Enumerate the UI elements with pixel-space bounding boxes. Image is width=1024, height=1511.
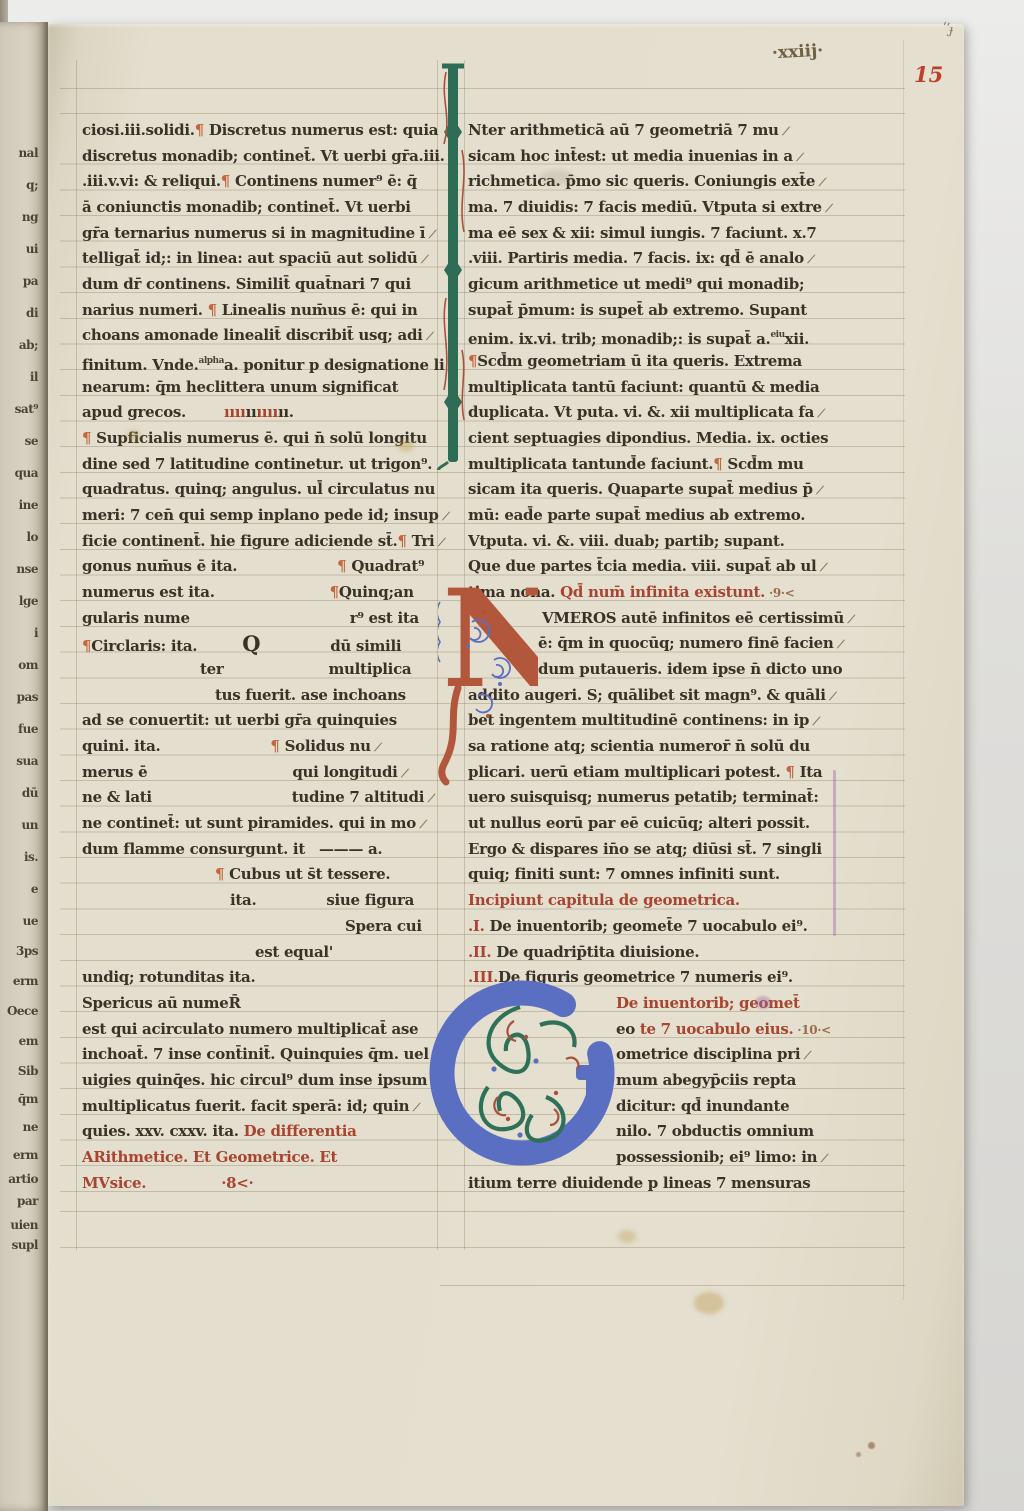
body-text: multiplicata tantū faciunt: quantū & med… <box>468 378 819 396</box>
body-text: ⟋ <box>815 176 826 189</box>
body-text: ⟋ <box>800 1049 811 1062</box>
body-text: ā coniunctis monadib; continet̄. Vt uerb… <box>82 198 411 216</box>
illuminated-initial-I <box>436 58 470 470</box>
facing-page-fragment: Oece <box>7 1004 38 1018</box>
stain <box>856 1452 861 1457</box>
text-line: finitum. Vnde.alphaa. ponitur p designat… <box>82 349 462 375</box>
text-line: ciosi.iii.solidi.¶ Discretus numerus est… <box>82 118 462 144</box>
body-text: Cubus ut s̄t tessere. <box>224 865 390 883</box>
facing-page-fragment: sua <box>16 754 38 768</box>
body-text: De quadrip̄tita diuisione. <box>491 943 699 961</box>
paragraph-mark: ¶ <box>397 532 406 550</box>
body-text: Quinq;an <box>339 583 414 601</box>
facing-page-fragment: ue <box>23 914 38 928</box>
text-line: ficie continent̄. hie figure adiciende s… <box>82 529 462 555</box>
body-text: nilo. 7 obductis omnium <box>616 1122 814 1140</box>
ruling-line <box>60 1247 905 1248</box>
body-text: discretus monadib; continet̄. Vt uerbi g… <box>82 147 445 165</box>
rubric-text: De inuentorib; geomet̄ <box>616 994 800 1012</box>
body-text: ē: q̄m in quocūq; numero finē facien <box>538 634 834 652</box>
body-text: enim. ix.vi. trib; monadib;: is supat̄ a… <box>468 330 770 348</box>
body-text: ⟋ <box>424 792 435 805</box>
body-text: duplicata. Vt puta. vi. &. xii multiplic… <box>468 403 814 421</box>
body-text: ⟋ <box>817 1152 828 1165</box>
facing-page-fragment: is. <box>24 850 38 864</box>
ruling-line <box>60 1211 905 1212</box>
text-line: merus ēqui longitudi ⟋ <box>82 760 462 786</box>
body-text: uigies quinq̄es. hic circul⁹ dum inse ip… <box>82 1071 427 1089</box>
body-text: meri: 7 cen̄ qui semp inplano pede id; i… <box>82 506 439 524</box>
body-text: Continens numer⁹ ē: q̄ <box>230 172 417 190</box>
body-text: apud grecos. <box>82 403 186 421</box>
text-line: Spera cui <box>82 914 462 940</box>
facing-page-edge: nalq;nguipadiab;ilsat⁹sequainelonselgeio… <box>0 22 48 1511</box>
body-text: nearum: q̄m heclittera unum significat <box>82 378 398 396</box>
text-line: dum flamme consurgunt. it——— a. <box>82 837 462 863</box>
body-text: Tri <box>407 532 435 550</box>
text-line: .iii.v.vi: & reliqui.¶ Continens numer⁹ … <box>82 169 462 195</box>
body-text: quiq; finiti sunt: 7 omnes infiniti sunt… <box>468 865 780 883</box>
text-line: ad se conuertit: ut uerbi gr̄a quinquies <box>82 708 462 734</box>
text-line: ita.siue figura <box>82 888 462 914</box>
facing-page-fragment: erm <box>13 974 38 988</box>
rubric-text: ıııı <box>256 403 278 421</box>
text-line: gr̄a ternarius numerus si in magnitudine… <box>82 221 462 247</box>
body-text: Que due partes t̄cia media. viii. supat̄… <box>468 557 816 575</box>
body-text: ⟋ <box>425 228 436 241</box>
stain <box>398 440 414 452</box>
body-text: ⟋ <box>409 1101 420 1114</box>
body-text: quies. xxv. cxxv. ita. <box>82 1122 244 1140</box>
paragraph-mark: ¶ <box>270 737 279 755</box>
body-text: Circlaris: ita. <box>91 637 197 655</box>
body-text: telligat̄ id;: in linea: aut spaciū aut … <box>82 249 417 267</box>
body-text: ita. <box>230 891 256 909</box>
text-line: narius numeri. ¶ Linealis num̄us ē: qui … <box>82 298 462 324</box>
body-text: Solidus nu <box>280 737 371 755</box>
body-text: ⟋ <box>416 818 427 831</box>
body-text: mū: ead̄e parte supat̄ medius ab extremo… <box>468 506 805 524</box>
text-line: numerus est ita.¶Quinq;an <box>82 580 462 606</box>
text-line: duplicata. Vt puta. vi. &. xii multiplic… <box>468 400 848 426</box>
stain <box>540 170 574 185</box>
body-text: sicam ita queris. Quaparte supat̄ medius… <box>468 480 813 498</box>
facing-page-fragment: se <box>25 434 38 448</box>
paragraph-mark: ¶ <box>215 865 224 883</box>
facing-page-fragment: di <box>26 306 38 320</box>
body-text: choans amonade linealit̄ discribit̄ usq;… <box>82 326 423 344</box>
body-text: Spera cui <box>345 917 422 935</box>
ruling-line <box>60 113 905 114</box>
stain <box>618 1230 636 1243</box>
plummet-mark <box>833 770 836 936</box>
text-line: sicam hoc int̄est: ut media inuenias in … <box>468 144 848 170</box>
body-text: possessionib; ei⁹ limo: in <box>616 1148 817 1166</box>
ruling-line-vertical <box>76 60 77 1250</box>
body-text: ma. 7 diuidis: 7 facis mediū. Vtputa si … <box>468 198 822 216</box>
text-column-left: ciosi.iii.solidi.¶ Discretus numerus est… <box>82 118 462 1196</box>
body-text: gr̄a ternarius numerus si in magnitudine… <box>82 224 425 242</box>
facing-page-fragment: il <box>30 370 38 384</box>
body-text: ⟋ <box>398 767 409 780</box>
facing-page-fragment: pas <box>17 690 38 704</box>
body-text: r⁹ est ita <box>350 609 419 627</box>
body-text: undiq; rotunditas ita. <box>82 968 255 986</box>
facing-page-fragment: Sib <box>18 1064 38 1078</box>
body-text: ficie continent̄. hie figure adiciende s… <box>82 532 397 550</box>
body-text: De inuentorib; geomet̄e 7 uocabulo ei⁹. <box>485 917 808 935</box>
body-text: Ita <box>795 763 823 781</box>
text-line: Vtputa. vi. &. viii. duab; partib; supan… <box>468 529 848 555</box>
body-text: ⟋ <box>822 202 833 215</box>
facing-page-fragment: q; <box>26 178 38 192</box>
paragraph-mark: ¶ <box>82 637 91 655</box>
body-text: gularis nume <box>82 609 190 627</box>
body-text: multiplica <box>328 660 411 678</box>
folio-number: 15 <box>914 62 943 87</box>
body-text: ·10·< <box>793 1023 831 1037</box>
facing-page-fragment: ine <box>19 498 38 512</box>
body-text: ter <box>200 660 223 678</box>
text-line: MVsice.·8<· <box>82 1171 462 1197</box>
text-line: ARithmetice. Et Geometrice. Et <box>82 1145 462 1171</box>
text-line: multiplicata tantū faciunt: quantū & med… <box>468 375 848 401</box>
text-line: Ergo & dispares in̄o se atq; diūsi st̄. … <box>468 837 848 863</box>
rubric-text: De differentia <box>244 1122 357 1140</box>
body-text: gicum arithmetice ut medi⁹ qui monadib; <box>468 275 804 293</box>
body-text: ad se conuertit: ut uerbi gr̄a quinquies <box>82 711 397 729</box>
body-text: ⟋ <box>826 690 837 703</box>
body-text: ⟋ <box>793 151 804 164</box>
text-line: gicum arithmetice ut medi⁹ qui monadib; <box>468 272 848 298</box>
rubric-text: MVsice. <box>82 1174 146 1192</box>
body-text: ⟋ <box>417 253 428 266</box>
text-line: ne continet̄: ut sunt piramides. qui in … <box>82 811 462 837</box>
illuminated-initial-G <box>428 975 620 1177</box>
body-text: ⟋ <box>439 510 450 523</box>
body-text: uero suisquisq; numerus petatib; termina… <box>468 788 819 806</box>
facing-page-fragment: sat⁹ <box>15 402 38 416</box>
body-text: ——— <box>319 840 363 858</box>
facing-page-fragment: pa <box>23 274 38 288</box>
paragraph-mark: ¶ <box>82 429 91 447</box>
stain <box>694 1292 724 1314</box>
body-text: dum flamme consurgunt. it <box>82 840 305 858</box>
quire-mark: ·xxiij· <box>772 41 824 64</box>
body-text: ⟋ <box>844 613 855 626</box>
rubric-text: ·8<· <box>221 1174 253 1192</box>
facing-page-fragment: ng <box>22 210 38 224</box>
text-line: quiq; finiti sunt: 7 omnes infiniti sunt… <box>468 862 848 888</box>
text-line: quies. xxv. cxxv. ita. De differentia <box>82 1119 462 1145</box>
ruling-line <box>440 1285 905 1286</box>
body-text: ⟋ <box>834 638 845 651</box>
text-line: telligat̄ id;: in linea: aut spaciū aut … <box>82 246 462 272</box>
text-line: richmetica. p̄mo sic queris. Coniungis e… <box>468 169 848 195</box>
facing-page-fragment: ab; <box>19 338 38 352</box>
ruling-line <box>60 88 905 89</box>
text-line: tus fuerit. ase inchoans <box>82 683 462 709</box>
body-text: numerus est ita. <box>82 583 215 601</box>
ruling-line-vertical <box>903 40 904 1300</box>
body-text: ciosi.iii.solidi. <box>82 121 195 139</box>
facing-page-fragment: i <box>34 626 38 640</box>
body-text: ⟋ <box>814 407 825 420</box>
body-text: .viii. Partiris media. 7 facis. ix: qd̄ … <box>468 249 804 267</box>
text-line: ut nullus eorū par eē cuicūq; alteri pos… <box>468 811 848 837</box>
text-line: nearum: q̄m heclittera unum significat <box>82 375 462 401</box>
text-line: enim. ix.vi. trib; monadib;: is supat̄ a… <box>468 323 848 349</box>
body-text: ut nullus eorū par eē cuicūq; alteri pos… <box>468 814 810 832</box>
body-text: ⟋ <box>809 715 820 728</box>
rubric-text: Qd̄ num̄ infinita existunt. <box>560 583 765 601</box>
body-text: a. <box>363 840 382 858</box>
text-line: sicam ita queris. Quaparte supat̄ medius… <box>468 477 848 503</box>
facing-page-fragment: fue <box>18 722 38 736</box>
facing-page-fragment: 3ps <box>16 944 38 958</box>
text-line: mū: ead̄e parte supat̄ medius ab extremo… <box>468 503 848 529</box>
facing-page-fragment: par <box>17 1194 38 1208</box>
facing-page-fragment: e <box>31 882 38 896</box>
text-line: Incipiunt capitula de geometrica. <box>468 888 848 914</box>
rubric-text: .II. <box>468 943 491 961</box>
body-text: narius numeri. <box>82 301 208 319</box>
text-line: discretus monadib; continet̄. Vt uerbi g… <box>82 144 462 170</box>
body-text: ⟋ <box>423 330 434 343</box>
body-text: Supficialis numerus ē. qui n̄ solū longi… <box>91 429 427 447</box>
facing-page-fragment: om <box>18 658 38 672</box>
text-line: .viii. Partiris media. 7 facis. ix: qd̄ … <box>468 246 848 272</box>
body-text: quini. ita. <box>82 737 160 755</box>
body-text: ıı <box>246 403 257 421</box>
body-text: xii. <box>785 330 809 348</box>
text-line: cient septuagies dipondius. Media. ix. o… <box>468 426 848 452</box>
text-line: dine sed 7 latitudine continetur. ut tri… <box>82 452 462 478</box>
text-line: .I. De inuentorib; geomet̄e 7 uocabulo e… <box>468 914 848 940</box>
body-text: Scd̄m mu <box>722 455 803 473</box>
rubric-text: Incipiunt capitula de geometrica. <box>468 891 740 909</box>
body-text: Spericus aū numeR̄ <box>82 994 241 1012</box>
body-text: Discretus numerus est: quia <box>204 121 438 139</box>
text-line: ¶Circlaris: ita.Qdū simili <box>82 631 462 657</box>
body-text: merus ē <box>82 763 147 781</box>
facing-page-fragment: uien <box>10 1218 38 1232</box>
body-text: mum abegyp̄ciis repta <box>616 1071 796 1089</box>
body-text: ·9·< <box>765 586 794 600</box>
facing-page-fragment: lo <box>26 530 38 544</box>
paragraph-mark: ¶ <box>330 583 339 601</box>
facing-page-fragment: nal <box>18 146 38 160</box>
facing-page-fragment: q̄m <box>18 1092 38 1106</box>
text-line: ne & latitudine 7 altitudi ⟋ <box>82 785 462 811</box>
body-text: multiplicatus fuerit. facit sperā: id; q… <box>82 1097 409 1115</box>
stain <box>126 430 141 441</box>
body-text: inchoat̄. 7 inse cont̄init̄. Quinquies q… <box>82 1045 429 1063</box>
body-text: dū simili <box>330 637 401 655</box>
body-text: Q <box>242 631 260 656</box>
body-text: finitum. Vnde. <box>82 356 199 374</box>
body-text: dum putaueris. idem ipse n̄ dicto uno <box>538 660 842 678</box>
plummet-smudge <box>755 996 771 1009</box>
body-text: Linealis num̄us ē: qui in <box>217 301 418 319</box>
body-text: richmetica. p̄mo sic queris. Coniungis e… <box>468 172 815 190</box>
rubric-text: ARithmetice. Et Geometrice. Et <box>82 1148 337 1166</box>
body-text: VMEROS autē infinitos eē certissimū <box>542 609 844 627</box>
body-text: Nter arithmeticā aū 7 geometriā 7 mu <box>468 121 779 139</box>
text-line: Spericus aū numeR̄ <box>82 991 462 1017</box>
body-text: supat̄ p̄mum: is supet̄ ab extremo. Supa… <box>468 301 807 319</box>
body-text: sicam hoc int̄est: ut media inuenias in … <box>468 147 793 165</box>
body-text: Vtputa. vi. &. viii. duab; partib; supan… <box>468 532 785 550</box>
body-text: ⟋ <box>816 561 827 574</box>
body-text: siue figura <box>326 891 414 909</box>
facing-page-fragment: nse <box>16 562 38 576</box>
body-text: Quadrat⁹ <box>346 557 424 575</box>
text-line: ma eē sex & xii: simul iungis. 7 faciunt… <box>468 221 848 247</box>
body-text: ⟋ <box>371 741 382 754</box>
text-line: multiplicatus fuerit. facit sperā: id; q… <box>82 1094 462 1120</box>
facing-page-fragment: supl <box>12 1238 38 1252</box>
facing-page-fragment: lge <box>19 594 38 608</box>
facing-page-fragment: dū <box>22 786 38 800</box>
body-text: est qui acirculato numero multiplicat̄ a… <box>82 1020 418 1038</box>
body-text: alpha <box>199 356 224 366</box>
rubric-text: .I. <box>468 917 485 935</box>
text-line: est qui acirculato numero multiplicat̄ a… <box>82 1017 462 1043</box>
paragraph-mark: ¶ <box>208 301 217 319</box>
text-line: Nter arithmeticā aū 7 geometriā 7 mu ⟋ <box>468 118 848 144</box>
body-text: dicitur: qd̄ inundante <box>616 1097 789 1115</box>
paragraph-mark: ¶ <box>785 763 794 781</box>
body-text: ne & lati <box>82 788 152 806</box>
text-line: termultiplica <box>82 657 462 683</box>
text-line: meri: 7 cen̄ qui semp inplano pede id; i… <box>82 503 462 529</box>
text-line: apud grecos.ıııııııııııı. <box>82 400 462 426</box>
body-text: est equal' <box>255 943 333 961</box>
facing-page-fragment: artio <box>8 1172 38 1186</box>
facing-page-fragment: em <box>19 1034 38 1048</box>
text-line: ma. 7 diuidis: 7 facis mediū. Vtputa si … <box>468 195 848 221</box>
body-text: ne continet̄: ut sunt piramides. qui in … <box>82 814 416 832</box>
body-text: cient septuagies dipondius. Media. ix. o… <box>468 429 828 447</box>
rubric-text: ıııı <box>224 403 246 421</box>
paragraph-mark: ¶ <box>221 172 230 190</box>
body-text: a. ponitur p designatione li <box>224 356 445 374</box>
text-line: quini. ita.¶ Solidus nu ⟋ <box>82 734 462 760</box>
body-text: tus fuerit. ase inchoans <box>215 686 406 704</box>
manuscript-photo: nalq;nguipadiab;ilsat⁹sequainelonselgeio… <box>0 0 1024 1511</box>
rubric-text: te 7 uocabulo eius. <box>640 1020 794 1038</box>
text-line: uigies quinq̄es. hic circul⁹ dum inse ip… <box>82 1068 462 1094</box>
body-text: ⟋ <box>804 253 815 266</box>
body-text: qui longitudi <box>292 763 397 781</box>
body-text: dine sed 7 latitudine continetur. ut tri… <box>82 455 432 473</box>
body-text: .iii.v.vi: & reliqui. <box>82 172 221 190</box>
body-text: ⟋ <box>779 125 790 138</box>
facing-page-fragment: ne <box>23 1120 38 1134</box>
text-line: ¶Scd̄m geometriam ū ita queris. Extrema <box>468 349 848 375</box>
text-line: undiq; rotunditas ita. <box>82 965 462 991</box>
stain <box>868 1442 875 1449</box>
facing-page-fragment: ui <box>26 242 38 256</box>
text-line: quadratus. quinq; angulus. ul̄ circulatu… <box>82 477 462 503</box>
body-text: dum dr̄ continens. Similit̄ quat̄nari 7 … <box>82 275 411 293</box>
text-line: est equal' <box>82 940 462 966</box>
body-text: tudine 7 altitudi <box>292 788 424 806</box>
text-line: gularis numer⁹ est ita <box>82 606 462 632</box>
text-line: inchoat̄. 7 inse cont̄init̄. Quinquies q… <box>82 1042 462 1068</box>
body-text: Ergo & dispares in̄o se atq; diūsi st̄. … <box>468 840 822 858</box>
body-text: eiu <box>770 330 784 340</box>
facing-page-fragment: erm <box>13 1148 38 1162</box>
body-text: ⟋ <box>434 536 445 549</box>
text-line: ā coniunctis monadib; continet̄. Vt uerb… <box>82 195 462 221</box>
text-line: uero suisquisq; numerus petatib; termina… <box>468 785 848 811</box>
body-text: multiplicata tantund̄e faciunt. <box>468 455 713 473</box>
body-text: ⟋ <box>813 484 824 497</box>
text-line: multiplicata tantund̄e faciunt.¶ Scd̄m m… <box>468 452 848 478</box>
text-line: dum dr̄ continens. Similit̄ quat̄nari 7 … <box>82 272 462 298</box>
body-text: Scd̄m geometriam ū ita queris. Extrema <box>477 352 802 370</box>
text-line: gonus num̄us ē ita.¶ Quadrat⁹ <box>82 554 462 580</box>
text-line: .II. De quadrip̄tita diuisione. <box>468 940 848 966</box>
facing-page-fragment: un <box>22 818 38 832</box>
facing-page-fragment: qua <box>15 466 38 480</box>
illuminated-initial-N: N <box>438 576 538 786</box>
body-text: ma eē sex & xii: simul iungis. 7 faciunt… <box>468 224 817 242</box>
text-line: choans amonade linealit̄ discribit̄ usq;… <box>82 323 462 349</box>
paragraph-mark: ¶ <box>195 121 204 139</box>
body-text: ıı. <box>278 403 294 421</box>
text-line: supat̄ p̄mum: is supet̄ ab extremo. Supa… <box>468 298 848 324</box>
text-line: ¶ Cubus ut s̄t tessere. <box>82 862 462 888</box>
body-text: gonus num̄us ē ita. <box>82 557 237 575</box>
body-text: ometrice disciplina pri <box>616 1045 800 1063</box>
body-text: quadratus. quinq; angulus. ul̄ circulatu… <box>82 480 435 498</box>
